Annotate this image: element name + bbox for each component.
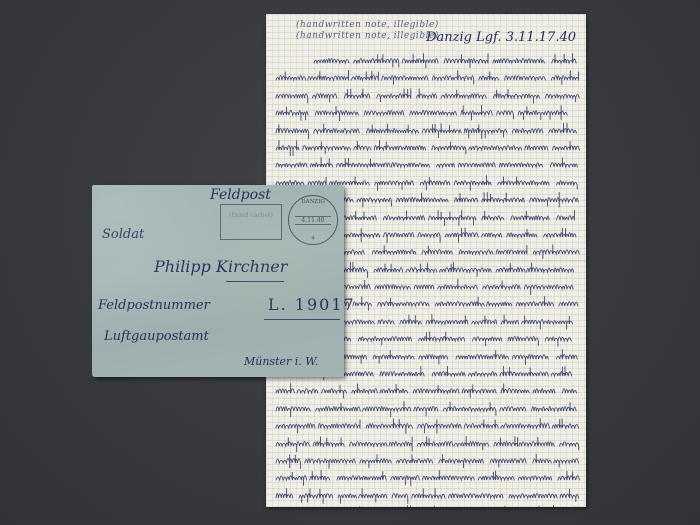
handwriting-line xyxy=(274,156,580,173)
feldpost-number-label: Feldpostnummer xyxy=(98,298,210,313)
postmark-code: a xyxy=(289,235,337,241)
letter-date: Danzig Lgf. 3.11.17.40 xyxy=(426,30,576,45)
handwriting-line xyxy=(274,69,580,86)
handwriting-line xyxy=(274,487,580,504)
feldpost-envelope: Feldpost (faded cachet) DANZIG 4.11.40 a… xyxy=(92,185,344,377)
cachet-text: (faded cachet) xyxy=(221,211,281,220)
handwriting-line xyxy=(274,435,580,452)
number-underline xyxy=(264,319,340,320)
handwriting-line xyxy=(274,87,580,104)
handwriting-line xyxy=(274,122,580,139)
handwriting-line xyxy=(274,469,580,486)
handwriting-line xyxy=(274,417,580,434)
handwriting-line xyxy=(274,400,580,417)
postmark-city: DANZIG xyxy=(289,199,337,205)
recipient-title: Soldat xyxy=(102,227,144,242)
recipient-name: Philipp Kirchner xyxy=(154,257,287,276)
handwriting-line xyxy=(274,139,580,156)
handwriting-line xyxy=(274,452,580,469)
recipient-unit: Luftgaupostamt xyxy=(104,329,209,344)
name-underline xyxy=(226,281,284,282)
margin-note-line: (handwritten note, illegible) xyxy=(296,20,439,31)
feldpost-header: Feldpost xyxy=(210,187,271,203)
handwriting-line xyxy=(274,52,580,69)
letter-header: (handwritten note, illegible) (handwritt… xyxy=(266,18,586,48)
feldpost-number: L. 19017 xyxy=(268,295,356,314)
recipient-city: Münster i. W. xyxy=(244,355,318,368)
cancellation-box: (faded cachet) xyxy=(220,204,282,240)
handwriting-line xyxy=(274,504,580,507)
postmark-icon: DANZIG 4.11.40 a xyxy=(288,195,338,245)
postmark-date: 4.11.40 xyxy=(295,216,331,225)
margin-note: (handwritten note, illegible) (handwritt… xyxy=(296,20,439,42)
handwriting-line xyxy=(274,104,580,121)
handwriting-line xyxy=(274,382,580,399)
margin-note-line: (handwritten note, illegible) xyxy=(296,31,439,42)
